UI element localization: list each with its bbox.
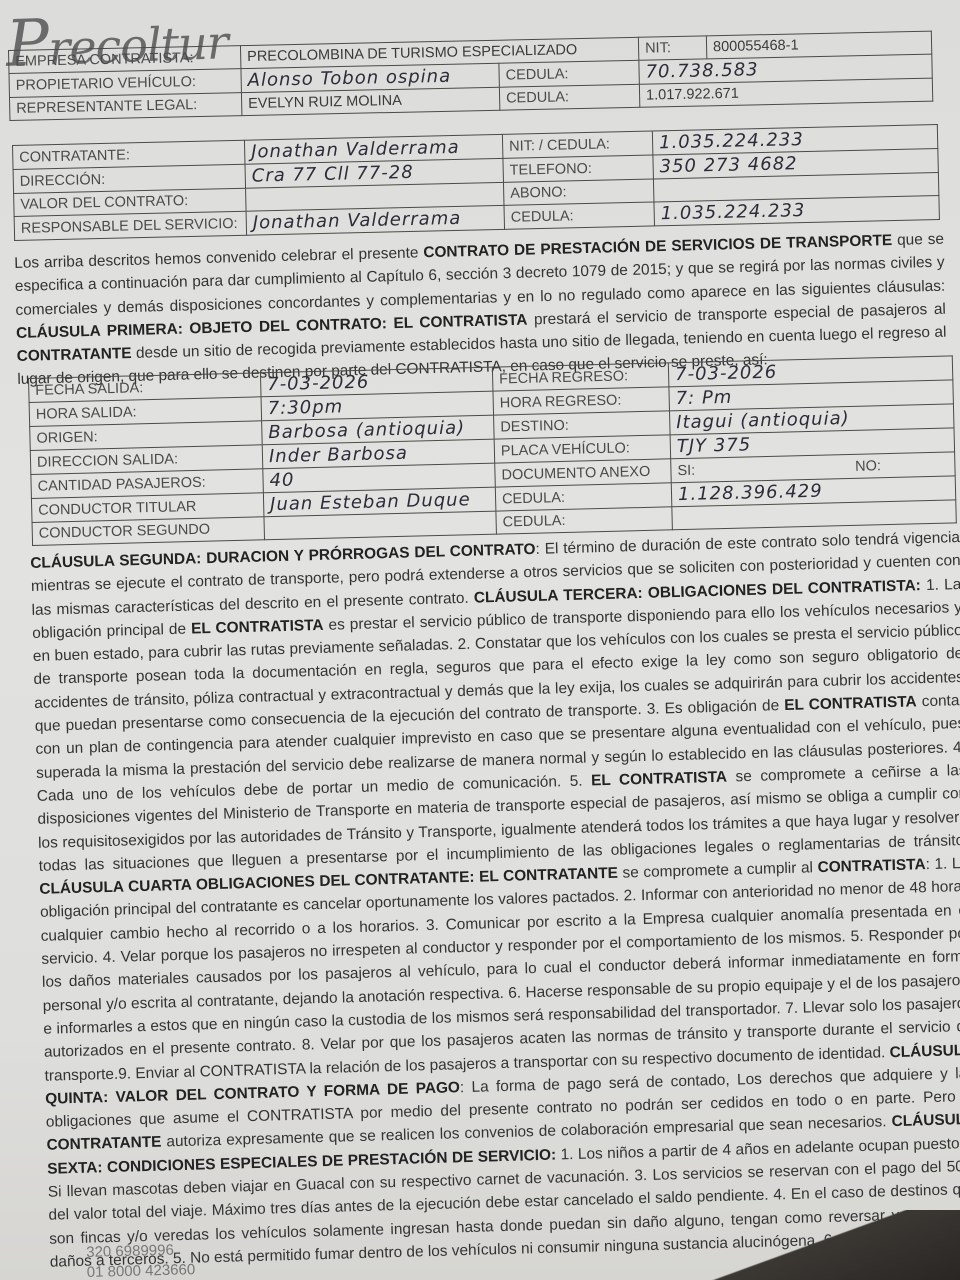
bold-term: EL CONTRATISTA <box>191 617 324 638</box>
responsable-value: Jonathan Valderrama <box>246 205 504 235</box>
field-label: CEDULA: <box>504 202 655 229</box>
bold-term: CONTRATISTA <box>817 856 925 876</box>
bold-term: EL CONTRATISTA <box>591 769 727 790</box>
field-label: RESPONSABLE DEL SERVICIO: <box>14 211 246 240</box>
field-label: NIT: <box>638 36 706 60</box>
field-label: CEDULA: <box>499 84 639 110</box>
bold-term: EL CONTRATISTA <box>784 693 917 714</box>
background-shadow <box>700 1210 960 1280</box>
conductor-segundo-value <box>264 511 496 540</box>
field-label: TELEFONO: <box>503 155 654 182</box>
clauses-body: CLÁUSULA SEGUNDA: DURACION Y PRÓRROGAS D… <box>30 526 960 1274</box>
responsable-cedula-value: 1.035.224.233 <box>654 195 939 225</box>
representante-cedula-value: 1.017.922.671 <box>639 78 932 107</box>
field-label: ABONO: <box>503 179 653 205</box>
field-label: CEDULA: <box>499 60 639 87</box>
field-label: CEDULA: <box>496 507 673 534</box>
footer-phone: 01 8000 423660 <box>87 1260 196 1280</box>
field-label: CONDUCTOR SEGUNDO <box>32 517 264 546</box>
trip-info-table: FECHA SALIDA: 7-03-2026 FECHA REGRESO: 7… <box>28 355 957 546</box>
intro-text: Los arriba descritos hemos convenido cel… <box>14 244 424 272</box>
contract-page: PPrecolturrecoltur EMPRESA CONTRATISTA: … <box>0 0 960 1280</box>
field-label: NIT: / CEDULA: <box>502 131 653 158</box>
clause-text: se compromete a cumplir al <box>618 859 818 882</box>
bold-term: CONTRATANTE <box>46 1134 161 1154</box>
footer-contact: 320 6989996 01 8000 423660 <box>86 1240 195 1280</box>
clause-text: es prestar el servicio público de transp… <box>33 599 960 735</box>
anexo-no-label: NO: <box>855 458 881 475</box>
field-label: REPRESENTANTE LEGAL: <box>9 93 241 121</box>
representante-legal-value: EVELYN RUIZ MOLINA <box>241 87 499 115</box>
client-info-table: CONTRATANTE: Jonathan Valderrama NIT: / … <box>12 124 940 241</box>
anexo-si-label: SI: <box>677 462 695 478</box>
bold-term: CONTRATANTE <box>17 345 132 365</box>
